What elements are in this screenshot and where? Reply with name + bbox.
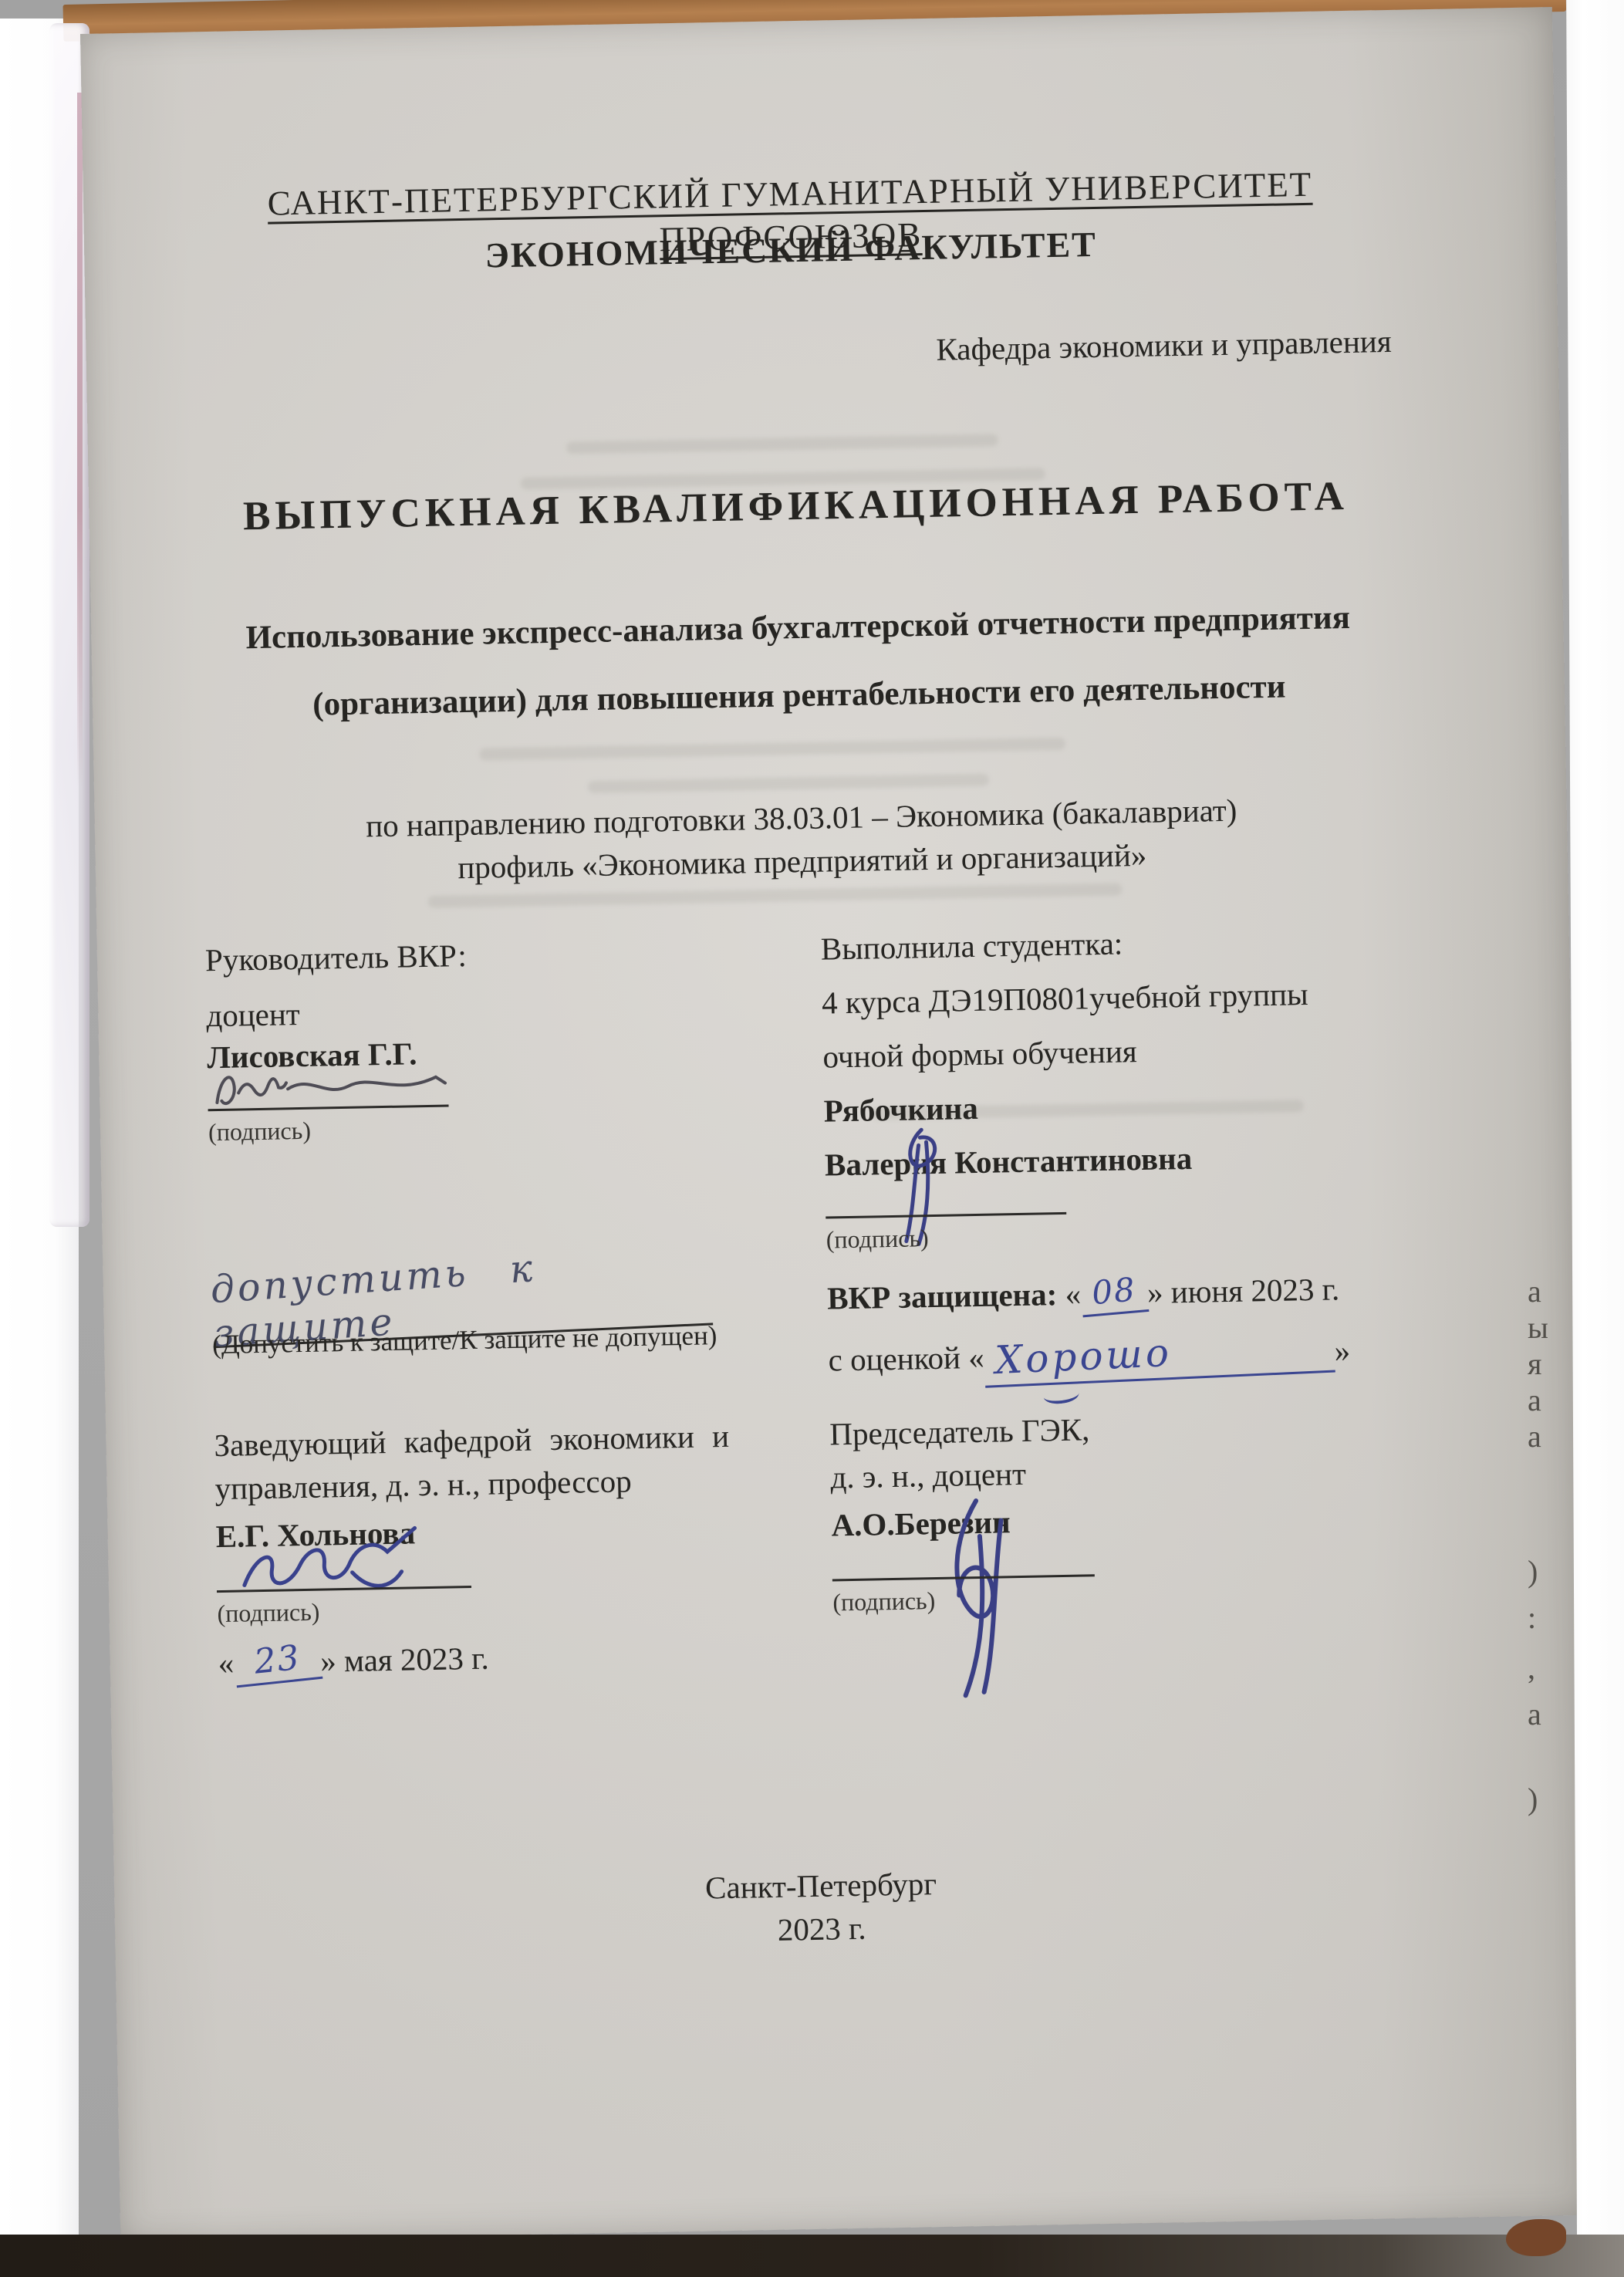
supervisor-signature: [207, 1049, 455, 1123]
student-study-form: очной формы обучения: [822, 1027, 1413, 1077]
table-corner-gap: [1506, 2219, 1566, 2256]
gek-chair-line1: Председатель ГЭК,: [829, 1404, 1420, 1454]
work-type-title: ВЫПУСКНАЯ КВАЛИФИКАЦИОННАЯ РАБОТА: [197, 470, 1395, 543]
department-head-line2: управления, д. э. н., профессор: [214, 1458, 805, 1508]
department-head-date-line: «23» мая 2023 г.: [218, 1630, 809, 1686]
edge-letter: :: [1528, 1600, 1536, 1636]
student-performed-label: Выполнила студентка:: [820, 919, 1411, 969]
defense-day-tail: » июня 2023 г.: [1147, 1271, 1340, 1310]
edge-letter: я: [1528, 1346, 1541, 1382]
defense-grade-line: с оценкой «Хорошо»: [828, 1323, 1419, 1385]
edge-letter: а: [1528, 1418, 1541, 1454]
department-head-line1: Заведующий кафедрой экономики и: [214, 1415, 805, 1465]
department-name: Кафедра экономики и управления: [194, 322, 1392, 383]
date-open-quote: «: [218, 1645, 234, 1681]
edge-letter: а: [1528, 1696, 1541, 1732]
student-block: Выполнила студентка: 4 курса ДЭ19П0801уч…: [820, 919, 1410, 930]
grade-prefix: с оценкой «: [828, 1340, 984, 1378]
defense-day-open: «: [1065, 1276, 1081, 1312]
supervisor-role-label: Руководитель ВКР:: [205, 930, 796, 980]
edge-letter: ,: [1528, 1650, 1535, 1686]
bleed-through-ghost: [428, 883, 1123, 907]
table-shadow-band: [0, 2235, 1624, 2277]
bleed-through-ghost: [588, 774, 989, 794]
supervisor-block: Руководитель ВКР: доцент Лисовская Г.Г. …: [205, 930, 795, 941]
cover-edge-highlight: [77, 93, 83, 787]
thesis-title-line1: Использование экспресс-анализа бухгалтер…: [199, 596, 1397, 660]
photo-background: САНКТ-ПЕТЕРБУРГСКИЙ ГУМАНИТАРНЫЙ УНИВЕРС…: [0, 0, 1624, 2277]
edge-letter: а: [1528, 1382, 1541, 1418]
grade-handwritten: Хорошо: [983, 1322, 1335, 1388]
defense-line: ВКР защищена: «08» июня 2023 г.: [827, 1268, 1418, 1322]
student-group-line: 4 курса ДЭ19П0801учебной группы: [822, 973, 1413, 1023]
thesis-title-line2: (организации) для повышения рентабельнос…: [201, 664, 1399, 728]
edge-letter: ): [1528, 1781, 1538, 1817]
grade-ink-tick: [1042, 1384, 1079, 1405]
edge-letter: ): [1528, 1553, 1538, 1590]
bleed-through-ghost: [566, 434, 998, 454]
page: САНКТ-ПЕТЕРБУРГСКИЙ ГУМАНИТАРНЫЙ УНИВЕРС…: [80, 7, 1592, 2242]
edge-letter: ы: [1528, 1309, 1548, 1346]
defense-day-handwritten: 08: [1079, 1269, 1150, 1317]
grade-suffix: »: [1334, 1333, 1350, 1368]
bleed-through-ghost: [479, 738, 1065, 761]
date-day-handwritten: 23: [231, 1634, 322, 1687]
gek-chair-line2: д. э. н., доцент: [830, 1447, 1421, 1497]
edge-letter: а: [1528, 1273, 1541, 1309]
date-tail: » мая 2023 г.: [320, 1640, 489, 1679]
department-head-signature: [235, 1517, 422, 1605]
defense-label: ВКР защищена:: [827, 1276, 1058, 1316]
